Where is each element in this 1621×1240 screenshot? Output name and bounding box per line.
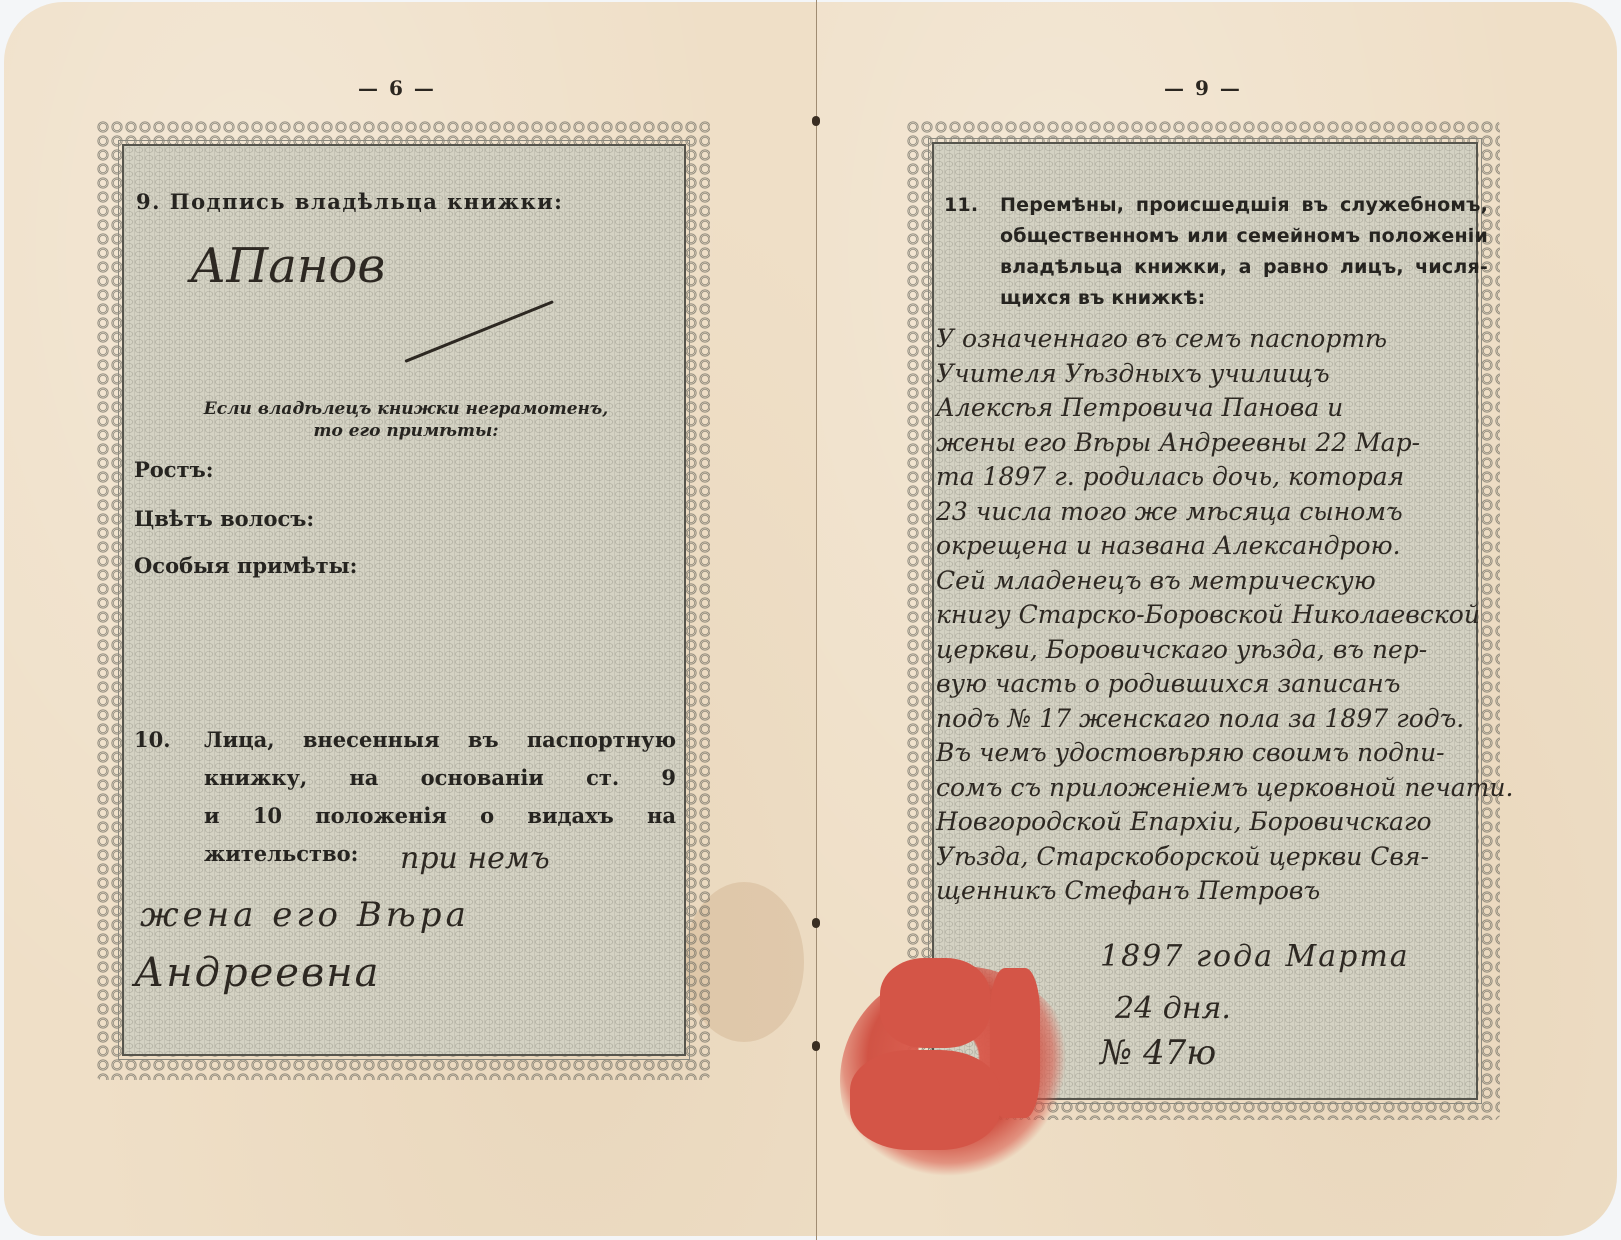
entry-line: окрещена и названа Александрою. [936,529,1513,564]
binding-stitch [812,116,820,126]
entry-line: книгу Старско-Боровской Николаевской [936,598,1513,633]
illiterate-note-line1: Если владѣлецъ книжки неграмотенъ, [136,398,676,420]
entry-date: 1897 года Марта [1100,940,1410,975]
book-gutter [816,0,817,1240]
dependents-handwritten-2: жена его Вѣра [140,898,470,933]
section-11-line: владѣльца книжки, а равно лицъ, числя- [1000,252,1488,283]
field-special-marks-label: Особыя примѣты: [134,550,357,582]
field-hair-color-label: Цвѣтъ волосъ: [134,503,314,535]
section-11-line: Перемѣны, происшедшія въ служебномъ, [1000,190,1488,221]
entry-line: Уѣзда, Старскоборской церкви Свя- [936,840,1513,875]
wax-seal-fragment [850,1050,1000,1150]
entry-line: та 1897 г. родилась дочь, которая [936,460,1513,495]
entry-line: Учителя Уѣздныхъ училищъ [936,357,1513,392]
binding-stitch [812,1041,820,1051]
entry-line: 23 числа того же мѣсяца сыномъ [936,495,1513,530]
section-10-number: 10. [134,724,171,756]
dependents-handwritten-1: при немъ [400,842,550,877]
handwritten-entry: У означеннаго въ семъ паспортѣ Учителя У… [936,322,1513,909]
owner-signature: АПанов [190,236,385,296]
section-10-line: Лица, внесенныя въ паспортную [204,724,676,756]
wax-seal-fragment [880,958,990,1048]
illiterate-note: Если владѣлецъ книжки неграмотенъ, то ег… [136,398,676,442]
section-11-line: щихся въ книжкѣ: [1000,283,1488,314]
entry-line: церкви, Боровичскаго уѣзда, въ пер- [936,633,1513,668]
dependents-handwritten-3: Андреевна [134,956,380,991]
page-number-right: — 9 — [1164,76,1242,100]
entry-line: Въ чемъ удостовѣряю своимъ подпи- [936,736,1513,771]
entry-line: подъ № 17 женскаго пола за 1897 годъ. [936,702,1513,737]
entry-day: 24 дня. [1115,992,1231,1027]
entry-line: щенникъ Стефанъ Петровъ [936,874,1513,909]
section-9-label: 9. Подпись владѣльца книжки: [136,186,676,218]
entry-number: № 47ю [1100,1036,1216,1071]
section-11-line: общественномъ или семейномъ положеніи [1000,221,1488,252]
binding-stitch [812,918,820,928]
entry-line: Новгородской Епархіи, Боровичскаго [936,805,1513,840]
section-10-line: и 10 положенія о видахъ на [204,800,676,832]
entry-line: У означеннаго въ семъ паспортѣ [936,322,1513,357]
section-11-number: 11. [944,190,978,221]
passport-spread: — 6 — 9. Подпись владѣльца книжки: АПано… [0,0,1621,1240]
page-number-left: — 6 — [358,76,436,100]
entry-line: Алексѣя Петровича Панова и [936,391,1513,426]
entry-line: Сей младенецъ въ метрическую [936,564,1513,599]
illiterate-note-line2: то его примѣты: [136,420,676,442]
entry-line: жены его Вѣры Андреевны 22 Мар- [936,426,1513,461]
field-height-label: Ростъ: [134,454,213,486]
entry-line: вую часть о родившихся записанъ [936,667,1513,702]
section-11-text: Перемѣны, происшедшія въ служебномъ, общ… [1000,190,1488,314]
section-10-line: книжку, на основаніи ст. 9 [204,762,676,794]
entry-line: сомъ съ приложеніемъ церковной печати. [936,771,1513,806]
